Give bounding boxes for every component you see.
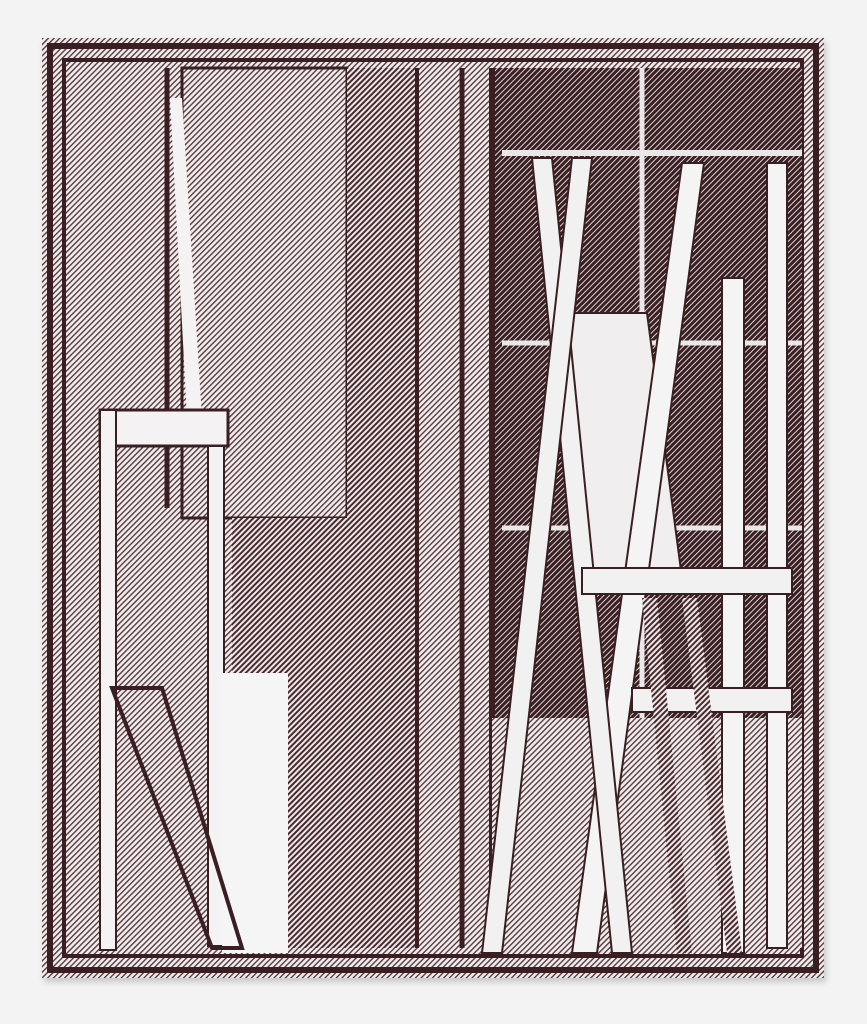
canvas-artwork: [42, 38, 824, 978]
halftone-image: [42, 38, 824, 978]
